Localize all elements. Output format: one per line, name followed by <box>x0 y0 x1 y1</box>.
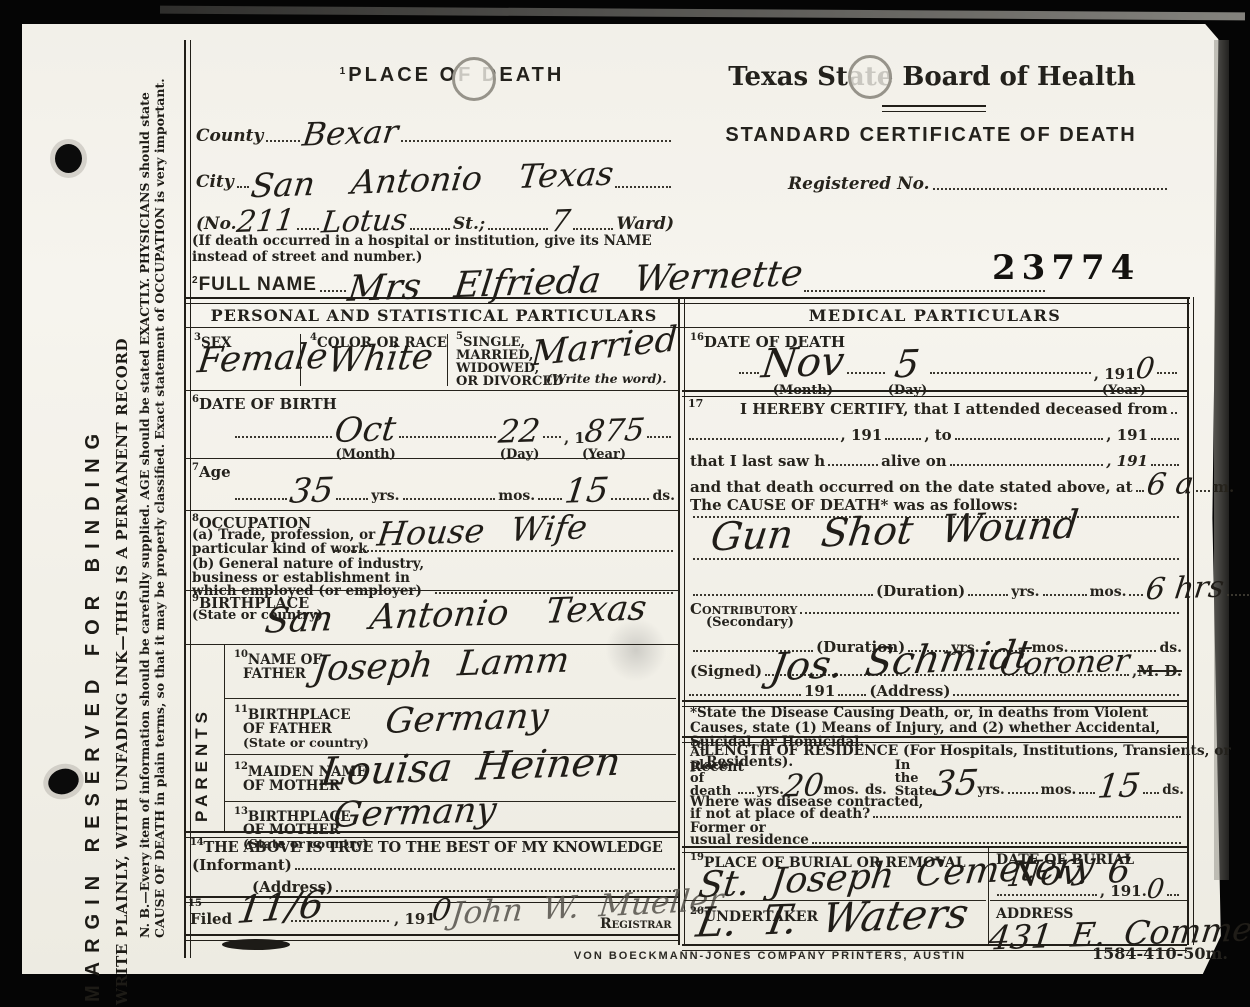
cell-divider <box>447 334 448 386</box>
leader <box>410 226 450 230</box>
form-right-rule <box>1187 297 1194 945</box>
signed-label: (Signed) <box>690 662 762 680</box>
leader <box>538 496 562 500</box>
dob-year: , 1875 (Year) <box>564 416 644 462</box>
occupation-a-value: House Wife <box>375 510 589 550</box>
registered-no-blank <box>933 186 1167 190</box>
city-row: City San Antonio Texas <box>196 152 674 192</box>
filed-leader <box>288 910 392 926</box>
cause-duration-row: (Duration) yrs. mos. 6 hrs ds. <box>690 570 1182 600</box>
filed-label: Filed <box>190 910 232 928</box>
in-state-label: In the State <box>895 759 933 798</box>
county-row: County Bexar <box>196 108 674 146</box>
informant-row: (Informant) <box>192 852 678 874</box>
leader <box>401 138 671 142</box>
state-years-value: 35 <box>931 766 980 803</box>
printer-credit: VON BOECKMANN-JONES COMPANY PRINTERS, AU… <box>552 950 988 962</box>
certificate-stamp-number: 23774 <box>992 248 1140 288</box>
section-rule-heavy <box>682 390 1187 397</box>
dob-month: Oct (Month) <box>335 413 396 462</box>
date-of-death-row: Nov (Month) 5 (Day) , 1910 (Year) <box>736 336 1180 378</box>
age-years-value: 35 <box>288 473 336 508</box>
certify-line4: and that death occurred on the date stat… <box>690 468 1110 496</box>
leader <box>237 184 249 188</box>
yrs-label: yrs. <box>371 488 399 504</box>
leader <box>403 496 496 500</box>
printer-ornament <box>222 939 290 950</box>
margin-write-plainly-text: WRITE PLAINLY, WITH UNFADING INK—THIS IS… <box>113 205 131 1005</box>
age-label: 7Age <box>192 462 231 481</box>
signed-address-row: 191 (Address) <box>686 680 1182 700</box>
mother-name-value: Louisa Heinen <box>319 743 623 792</box>
certificate-title: STANDARD CERTIFICATE OF DEATH <box>716 124 1146 147</box>
section-rule <box>184 458 679 459</box>
time-of-death-value: 6 a <box>1145 469 1195 501</box>
leader <box>295 866 675 870</box>
leader <box>336 496 368 500</box>
father-name-label: 10NAME OF FATHER <box>234 648 322 681</box>
punch-hole-top <box>55 144 82 173</box>
certify-line1: I HEREBY CERTIFY, that I attended deceas… <box>740 398 1180 418</box>
state-days-value: 15 <box>1096 768 1142 802</box>
leader <box>739 370 759 374</box>
leader <box>1157 370 1177 374</box>
registered-no-label: Registered No. <box>788 174 930 194</box>
st-label: St.; <box>453 214 485 234</box>
full-name-row: 2FULL NAME Mrs Elfrieda Wernette <box>192 250 1048 296</box>
full-name-label: 2FULL NAME <box>192 274 317 296</box>
leader <box>615 184 671 188</box>
certify-line2: , 191 , to , 191 <box>686 424 1182 444</box>
leader <box>399 434 496 438</box>
leader <box>543 434 561 438</box>
father-name-value: Joseph Lamm <box>311 644 571 688</box>
leader <box>647 434 671 438</box>
board-of-health-title: Texas State Board of Health <box>712 62 1152 92</box>
left-column-title: PERSONAL AND STATISTICAL PARTICULARS <box>190 306 678 325</box>
leader <box>930 370 1091 374</box>
form-code: 1584-410-50m. <box>1092 944 1228 963</box>
undertaker-value: L. T. Waters <box>693 893 971 943</box>
leader <box>847 370 885 374</box>
main-horizontal-rule <box>184 297 1190 304</box>
filed-num: 15 <box>188 898 202 909</box>
race-value: White <box>326 340 435 379</box>
leader <box>266 138 300 142</box>
md-label-struck: M. D. <box>1137 662 1182 680</box>
hole-ring-left <box>452 57 496 101</box>
board-title-flourish <box>882 105 986 112</box>
at-place-label: At place of death <box>690 746 735 798</box>
right-column-title: MEDICAL PARTICULARS <box>684 306 1186 325</box>
informant-label: (Informant) <box>192 856 292 874</box>
dob-day: 22 (Day) <box>499 415 540 462</box>
age-days-value: 15 <box>563 473 611 508</box>
ds-label: ds. <box>652 488 675 504</box>
leader <box>611 496 649 500</box>
hole-ring-right <box>848 55 892 99</box>
leader <box>297 226 319 230</box>
section-number: 1 <box>340 66 349 77</box>
leader <box>235 496 287 500</box>
date-of-burial-year-row: , 191. 0 <box>994 876 1182 900</box>
write-line <box>990 900 1187 901</box>
contributory-sub-label: (Secondary) <box>706 615 794 630</box>
cause-line2 <box>690 548 1182 564</box>
age-row: 35 yrs. mos. 15 ds. <box>232 466 675 504</box>
no-label: (No. <box>196 214 237 234</box>
coroner-title-value: Coroner <box>998 646 1131 681</box>
residence-values-row: At place of death yrs. 20 mos. ds. In th… <box>690 764 1184 798</box>
marital-note: (Write the word). <box>546 371 667 386</box>
certify-line3: that I last saw h alive on , 191 <box>690 450 1182 470</box>
mother-birthplace-value: Germany <box>331 793 498 834</box>
registrar-label: Registrar <box>600 916 672 932</box>
father-birthplace-value: Germany <box>383 699 550 740</box>
leader <box>573 226 613 230</box>
city-label: City <box>196 172 234 192</box>
date-of-birth-row: Oct (Month) 22 (Day) , 1875 (Year) <box>232 400 674 442</box>
leader <box>804 288 1045 292</box>
titles-underline <box>184 327 1190 328</box>
parents-label: PARENTS <box>192 656 212 822</box>
county-label: County <box>196 126 263 146</box>
leader <box>320 288 346 292</box>
underlying-sheet-edge-top <box>160 6 1245 21</box>
father-birthplace-label: 11BIRTHPLACE OF FATHER (State or country… <box>234 703 369 750</box>
leader <box>235 434 332 438</box>
registered-no-row: Registered No. <box>788 170 1170 194</box>
margin-nb-text: N. B.—Every item of information should b… <box>137 64 167 938</box>
parents-inner-rule <box>224 645 225 833</box>
section-rule <box>184 510 679 511</box>
leader <box>488 226 548 230</box>
form-left-rule <box>184 40 191 958</box>
county-value: Bexar <box>301 115 400 150</box>
scanned-death-certificate: MARGIN RESERVED FOR BINDING WRITE PLAINL… <box>0 0 1250 1007</box>
mos-label: mos. <box>498 488 535 504</box>
ward-label: Ward) <box>616 214 674 234</box>
cell-divider <box>300 334 301 386</box>
section-rule <box>184 390 679 391</box>
margin-binding-text: MARGIN RESERVED FOR BINDING <box>82 272 105 1002</box>
certify-num: 17 <box>688 397 703 410</box>
street-row: (No. 211 Lotus St.; 7 Ward) <box>196 198 674 234</box>
